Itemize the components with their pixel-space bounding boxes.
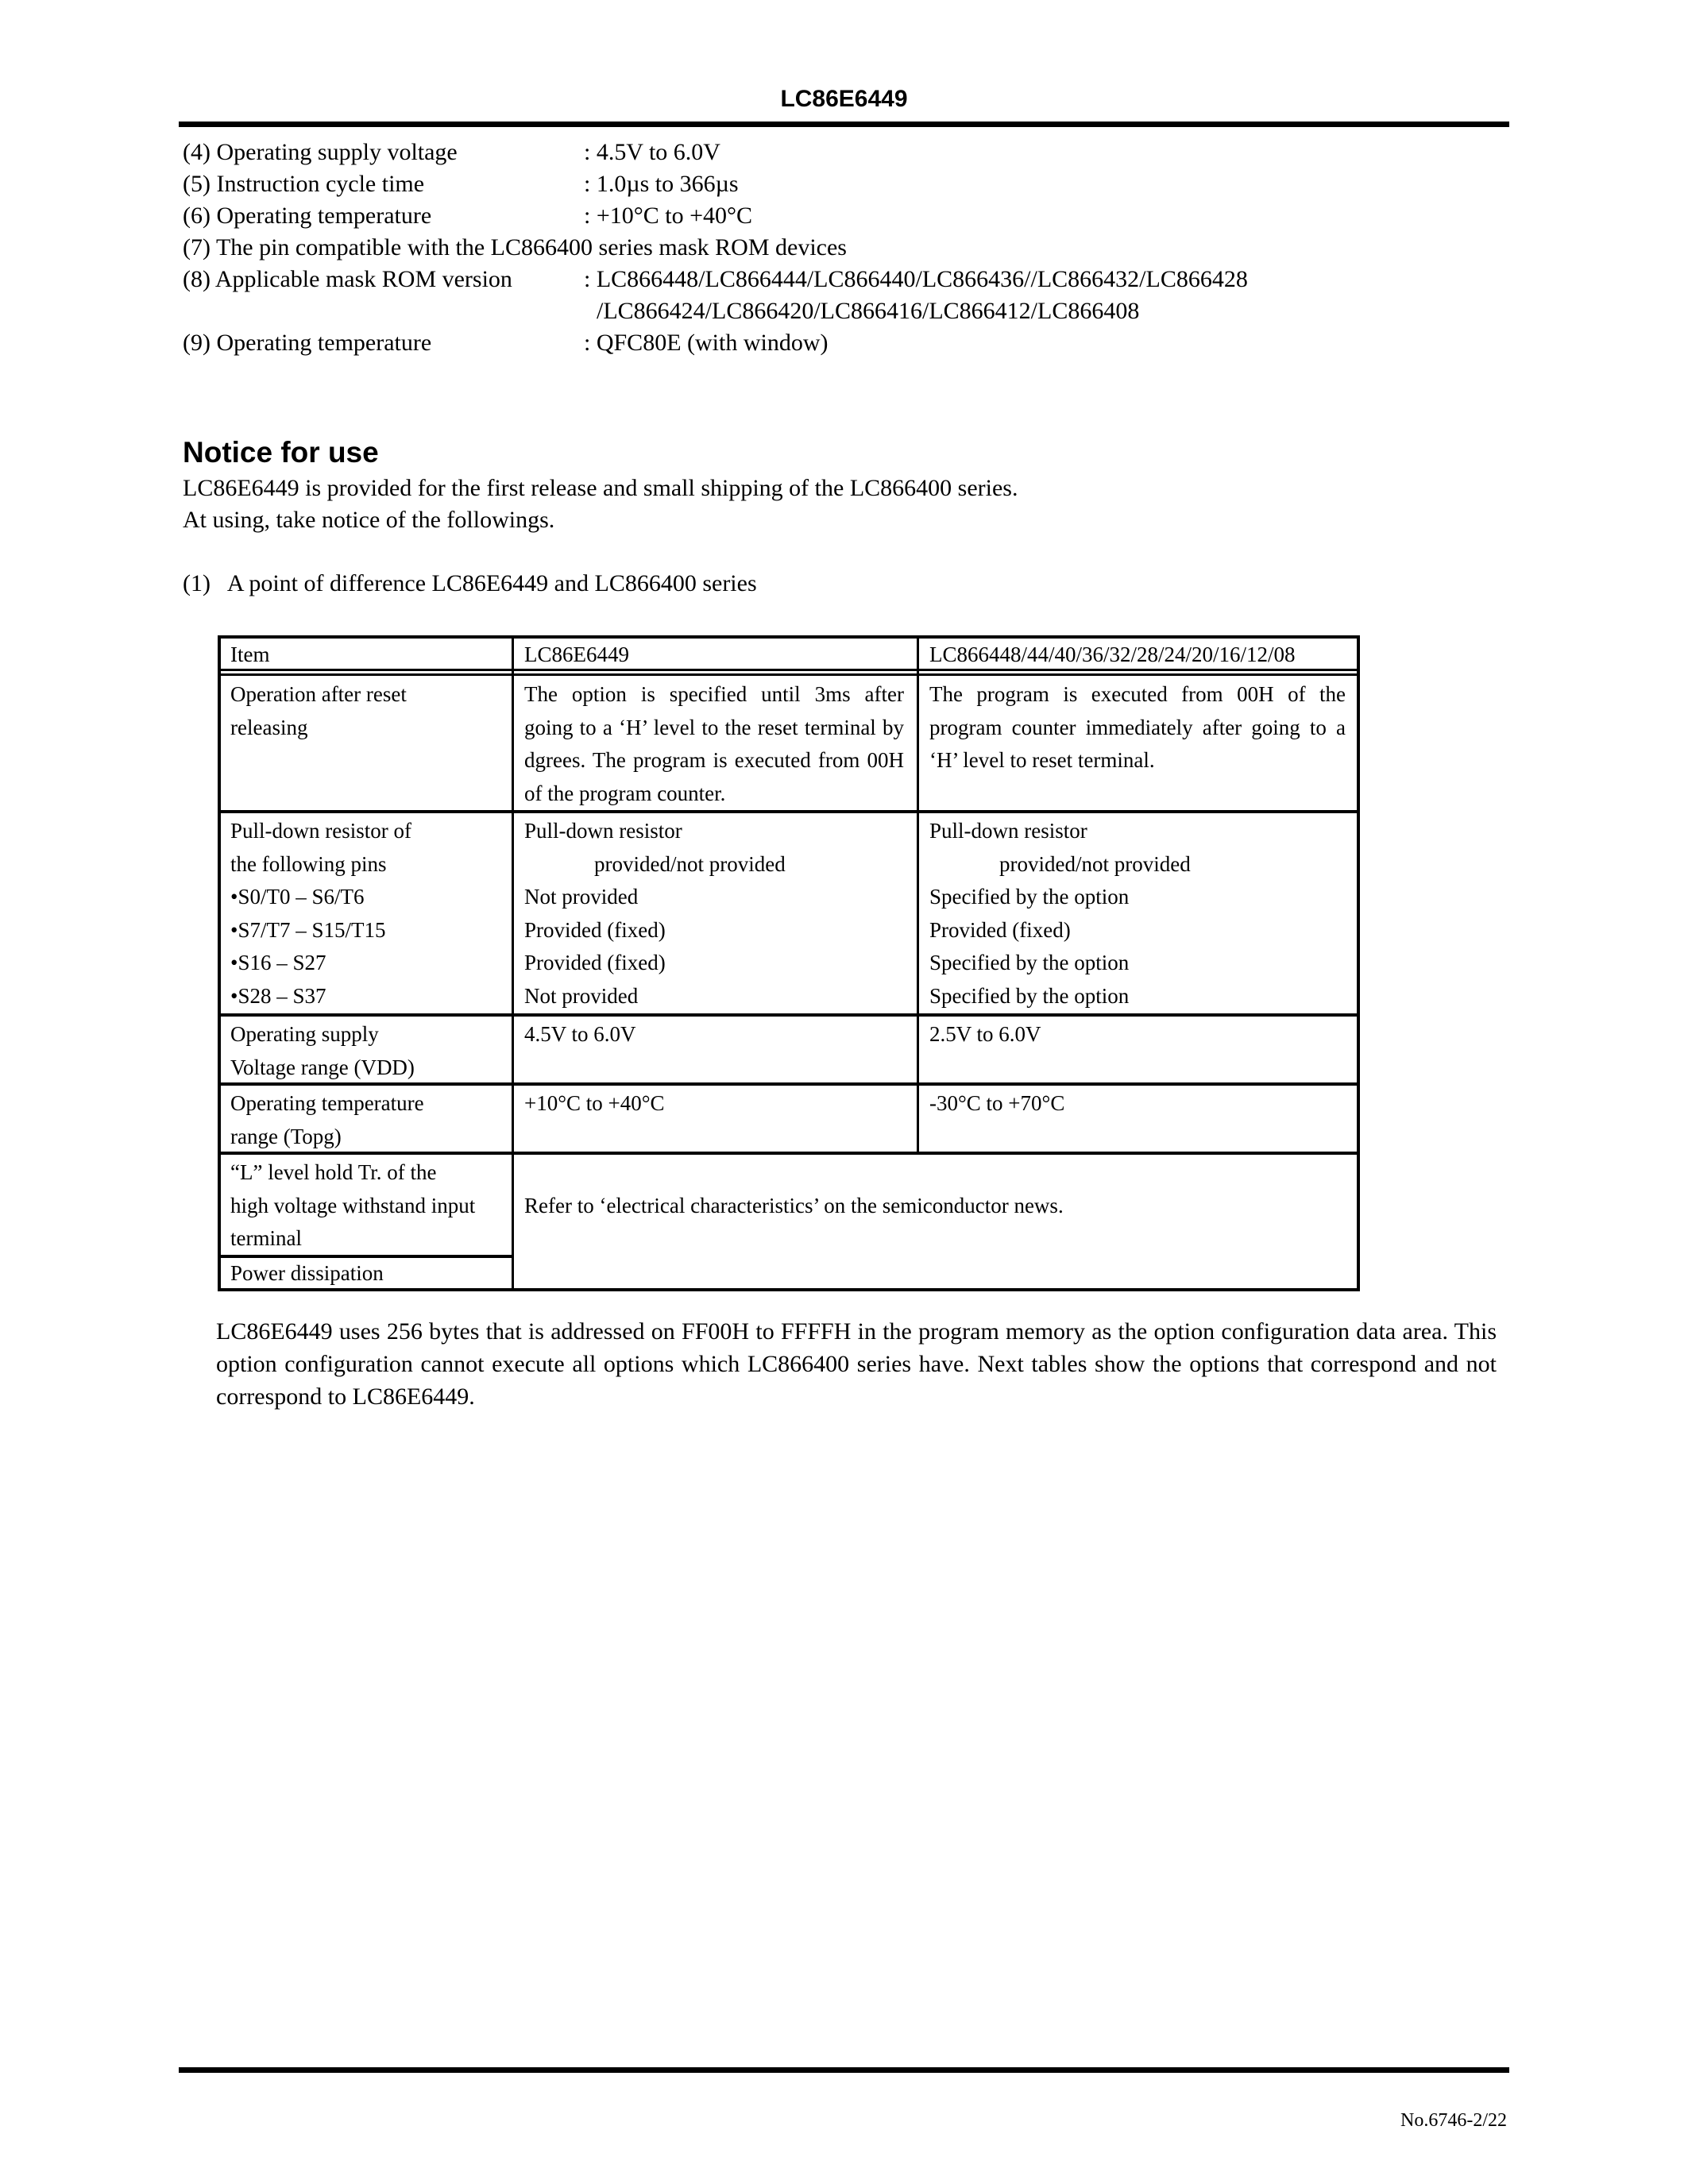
- merged-note-cell: Refer to ‘electrical characteristics’ on…: [524, 1190, 1064, 1223]
- spec-item: (7) The pin compatible with the LC866400…: [183, 232, 847, 264]
- table-cell: The option is specified until 3ms after …: [524, 678, 904, 810]
- row-label-line: Voltage range (VDD): [230, 1051, 415, 1085]
- spec-value-continuation: /LC866424/LC866420/LC866416/LC866412/LC8…: [597, 295, 1139, 327]
- notice-item-heading: (1) A point of difference LC86E6449 and …: [183, 568, 757, 600]
- table-row-label: “L” level hold Tr. of the high voltage w…: [230, 1156, 475, 1256]
- row-label-line: •S7/T7 – S15/T15: [230, 914, 411, 947]
- row-label-line: “L” level hold Tr. of the: [230, 1156, 475, 1190]
- document-header-title: LC86E6449: [0, 86, 1688, 113]
- row-label-line: •S16 – S27: [230, 947, 411, 980]
- difference-table: Item LC86E6449 LC866448/44/40/36/32/28/2…: [218, 635, 1360, 1291]
- spec-label: (9) Operating temperature: [183, 327, 584, 359]
- cell-line: Pull-down resistor: [524, 815, 786, 848]
- spec-value: : LC866448/LC866444/LC866440/LC866436//L…: [584, 264, 1248, 295]
- cell-line: Provided (fixed): [524, 947, 786, 980]
- table-cell: +10°C to +40°C: [524, 1087, 665, 1121]
- spec-item: (9) Operating temperature: QFC80E (with …: [183, 327, 829, 359]
- spec-item: (4) Operating supply voltage: 4.5V to 6.…: [183, 137, 720, 168]
- table-cell: Pull-down resistor provided/not provided…: [929, 815, 1191, 1013]
- spec-label: (7) The pin compatible with the LC866400…: [183, 234, 847, 260]
- row-label-line: Pull-down resistor of: [230, 815, 411, 848]
- row-label-line: releasing: [230, 712, 407, 745]
- row-label-line: •S0/T0 – S6/T6: [230, 881, 411, 914]
- closing-paragraph: LC86E6449 uses 256 bytes that is address…: [216, 1315, 1497, 1413]
- row-label-line: Operation after reset: [230, 678, 407, 712]
- spec-item: (6) Operating temperature: +10°C to +40°…: [183, 200, 752, 232]
- spec-label: (5) Instruction cycle time: [183, 168, 584, 200]
- cell-line: provided/not provided: [929, 848, 1191, 882]
- cell-line: Provided (fixed): [929, 914, 1191, 947]
- table-row-label: Pull-down resistor of the following pins…: [230, 815, 411, 1013]
- table-cell: -30°C to +70°C: [929, 1087, 1064, 1121]
- row-label-line: the following pins: [230, 848, 411, 882]
- page-number: No.6746-2/22: [1400, 2105, 1507, 2136]
- section-heading: Notice for use: [183, 435, 379, 470]
- row-label-line: high voltage withstand input: [230, 1190, 475, 1223]
- spec-item: (5) Instruction cycle time: 1.0µs to 366…: [183, 168, 739, 200]
- header-rule: [179, 122, 1509, 127]
- table-row-label: Operating supply Voltage range (VDD): [230, 1018, 415, 1084]
- table-row-label: Power dissipation: [230, 1258, 384, 1288]
- table-cell: The program is executed from 00H of the …: [929, 678, 1346, 778]
- column-header-item: Item: [230, 639, 269, 672]
- column-header-lc86e6449: LC86E6449: [524, 639, 629, 672]
- spec-value: : +10°C to +40°C: [584, 200, 752, 232]
- cell-line: Not provided: [524, 980, 786, 1013]
- spec-value: : 1.0µs to 366µs: [584, 168, 739, 200]
- row-label-line: terminal: [230, 1222, 475, 1256]
- cell-line: Provided (fixed): [524, 914, 786, 947]
- row-label-line: range (Topg): [230, 1121, 424, 1154]
- table-cell: 2.5V to 6.0V: [929, 1018, 1041, 1051]
- table-cell: Pull-down resistor provided/not provided…: [524, 815, 786, 1013]
- column-header-mask-rom: LC866448/44/40/36/32/28/24/20/16/12/08: [929, 639, 1296, 672]
- notice-intro-line: LC86E6449 is provided for the first rele…: [183, 473, 1018, 504]
- spec-label: (4) Operating supply voltage: [183, 137, 584, 168]
- row-label-line: Operating temperature: [230, 1087, 424, 1121]
- notice-intro-line: At using, take notice of the followings.: [183, 504, 554, 536]
- row-label-line: •S28 – S37: [230, 980, 411, 1013]
- footer-rule: [179, 2067, 1509, 2073]
- table-row-label: Operation after reset releasing: [230, 678, 407, 744]
- cell-line: Specified by the option: [929, 947, 1191, 980]
- spec-label: (8) Applicable mask ROM version: [183, 264, 584, 295]
- spec-label: (6) Operating temperature: [183, 200, 584, 232]
- cell-line: Pull-down resistor: [929, 815, 1191, 848]
- table-row-label: Operating temperature range (Topg): [230, 1087, 424, 1153]
- spec-item: (8) Applicable mask ROM version: LC86644…: [183, 264, 1248, 295]
- cell-line: Not provided: [524, 881, 786, 914]
- row-label-line: Operating supply: [230, 1018, 415, 1051]
- cell-line: provided/not provided: [524, 848, 786, 882]
- table-cell: 4.5V to 6.0V: [524, 1018, 636, 1051]
- cell-line: Specified by the option: [929, 881, 1191, 914]
- spec-value: : 4.5V to 6.0V: [584, 137, 720, 168]
- cell-line: Specified by the option: [929, 980, 1191, 1013]
- spec-value: : QFC80E (with window): [584, 327, 829, 359]
